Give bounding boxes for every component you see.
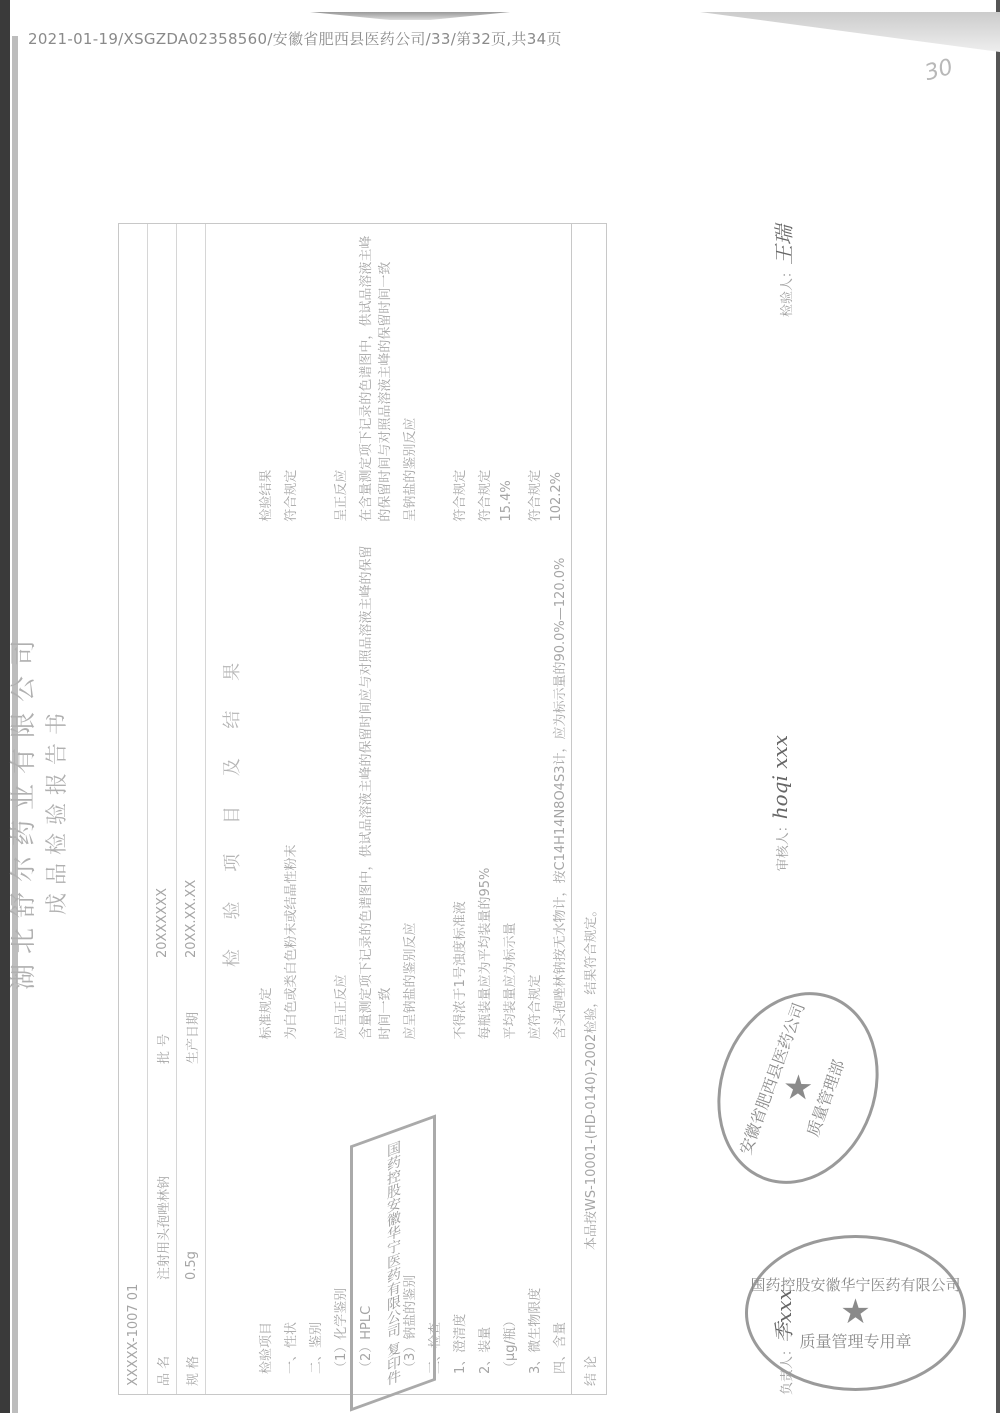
stamp-center-text: 质量管理专用章 bbox=[799, 1329, 911, 1352]
item-standard: 为白色或类白色粉末或结晶性粉末 bbox=[280, 530, 299, 1048]
item-result: 15.4% bbox=[499, 224, 518, 530]
column-header: 标准规定 bbox=[255, 530, 274, 1048]
report-number: XXXXX-1007 01 bbox=[126, 1276, 141, 1394]
conclusion-label: 结 论 bbox=[580, 1258, 599, 1394]
inspector-signer: 检验人：王瑞 bbox=[768, 225, 797, 317]
test-item-row: （μg/瓶）平均装量应为标示量15.4% bbox=[496, 224, 521, 1394]
item-standard: 应符合规定 bbox=[524, 530, 543, 1048]
test-item-row: 2、装量每瓶装量应为平均装量的95%符合规定 bbox=[471, 224, 496, 1394]
section-title: 检 验 项 目 及 结 果 bbox=[218, 224, 244, 1394]
item-result: 呈正反应 bbox=[330, 224, 349, 530]
item-standard bbox=[305, 530, 324, 1048]
meta-label: 品 名 bbox=[153, 1288, 172, 1394]
copy-stamp-text: 国药控股安徽华宁医药有限公司 复印件 bbox=[383, 1138, 403, 1388]
report-title: 成品检验报告书 bbox=[40, 225, 71, 1395]
item-result: 符合规定 bbox=[449, 224, 468, 530]
item-result: 102.2% bbox=[549, 224, 568, 530]
report-number-row: XXXXX-1007 01 bbox=[119, 224, 148, 1394]
item-result bbox=[305, 224, 324, 530]
test-report: 湖北舒尔药业有限公司 成品检验报告书 XXXXX-1007 01 品 名 注射用… bbox=[118, 225, 798, 1395]
item-standard: 应呈正反应 bbox=[330, 530, 349, 1048]
meta-value: 0.5g bbox=[184, 1072, 199, 1288]
item-result bbox=[424, 224, 443, 530]
item-standard: 应呈钠盐的鉴别反应 bbox=[399, 530, 418, 1048]
meta-value: 注射用头孢唑林钠 bbox=[153, 1072, 172, 1288]
column-header: 检验项目 bbox=[255, 1047, 274, 1394]
item-item: 二、鉴别 bbox=[305, 1047, 324, 1394]
item-item: 1、澄清度 bbox=[449, 1047, 468, 1394]
item-result: 符合规定 bbox=[524, 224, 543, 530]
item-standard: 不得浓于1号浊度标准液 bbox=[449, 530, 468, 1048]
item-standard: 每瓶装量应为平均装量的95% bbox=[474, 530, 493, 1048]
handwritten-page-number: 30 bbox=[922, 55, 956, 86]
meta-row: 品 名 注射用头孢唑林钠 批 号 20XXXXXX bbox=[148, 224, 177, 1394]
item-result: 符合规定 bbox=[474, 224, 493, 530]
conclusion-row: 结 论 本品按WS-10001-(HD-0140)-2002检验，结果符合规定。 bbox=[571, 224, 606, 1394]
item-result: 呈钠盐的鉴别反应 bbox=[399, 224, 418, 530]
meta-label: 生产日期 bbox=[182, 966, 201, 1072]
item-result: 在含量测定项下记录的色谱图中，供试品溶液主峰的保留时间与对照品溶液主峰的保留时间… bbox=[355, 224, 393, 530]
scan-fold-mark bbox=[700, 12, 1000, 52]
archive-header: 2021-01-19/XSGZDA02358560/安徽省肥西县医药公司/33/… bbox=[28, 28, 562, 49]
meta-value: 20XX.XX.XX bbox=[184, 750, 199, 966]
meta-label: 规 格 bbox=[182, 1288, 201, 1394]
conclusion-text: 本品按WS-10001-(HD-0140)-2002检验，结果符合规定。 bbox=[580, 896, 599, 1258]
item-item: 2、装量 bbox=[474, 1047, 493, 1394]
item-item: 四、含量 bbox=[549, 1047, 568, 1394]
test-item-row: 一、性状为白色或类白色粉末或结晶性粉末符合规定 bbox=[277, 224, 302, 1394]
test-item-row: 3、微生物限度应符合规定符合规定 bbox=[521, 224, 546, 1394]
meta-value: 20XXXXXX bbox=[155, 750, 170, 966]
item-standard: 含头孢唑林钠按无水物计，按C14H14N8O4S3计，应为标示量的90.0%—1… bbox=[549, 530, 568, 1048]
quality-stamp: 国药控股安徽华宁医药有限公司 ★ 质量管理专用章 bbox=[745, 1235, 966, 1391]
item-standard: 平均装量应为标示量 bbox=[499, 530, 518, 1048]
scan-fold-mark bbox=[310, 12, 510, 20]
star-icon: ★ bbox=[840, 1295, 870, 1329]
item-standard: 含量测定项下记录的色谱图中，供试品溶液主峰的保留时间应与对照品溶液主峰的保留时间… bbox=[355, 530, 393, 1048]
test-item-row: 1、澄清度不得浓于1号浊度标准液符合规定 bbox=[446, 224, 471, 1394]
item-standard bbox=[424, 530, 443, 1048]
scan-edge-right bbox=[996, 0, 1000, 1413]
item-item: 一、性状 bbox=[280, 1047, 299, 1394]
section-title-row: 检 验 项 目 及 结 果 bbox=[206, 224, 252, 1394]
meta-row: 规 格 0.5g 生产日期 20XX.XX.XX bbox=[177, 224, 206, 1394]
item-result: 符合规定 bbox=[280, 224, 299, 530]
test-item-row: 四、含量含头孢唑林钠按无水物计，按C14H14N8O4S3计，应为标示量的90.… bbox=[546, 224, 571, 1394]
copy-stamp: 国药控股安徽华宁医药有限公司 复印件 bbox=[350, 1114, 436, 1411]
test-item-row: 二、鉴别 bbox=[302, 224, 327, 1394]
reviewer-signer: 审核人：hoqi xxx bbox=[768, 735, 797, 871]
column-headers: 检验项目 标准规定 检验结果 bbox=[252, 224, 277, 1394]
test-item-row: （1）化学鉴别应呈正反应呈正反应 bbox=[327, 224, 352, 1394]
column-header: 检验结果 bbox=[255, 224, 274, 530]
signature-row: 负责人：季xxx 审核人：hoqi xxx 检验人：王瑞 bbox=[768, 225, 797, 1395]
item-item: （μg/瓶） bbox=[499, 1047, 518, 1394]
item-item: 3、微生物限度 bbox=[524, 1047, 543, 1394]
item-item: （1）化学鉴别 bbox=[330, 1047, 349, 1394]
company-name: 湖北舒尔药业有限公司 bbox=[3, 225, 40, 1395]
meta-label: 批 号 bbox=[153, 966, 172, 1072]
